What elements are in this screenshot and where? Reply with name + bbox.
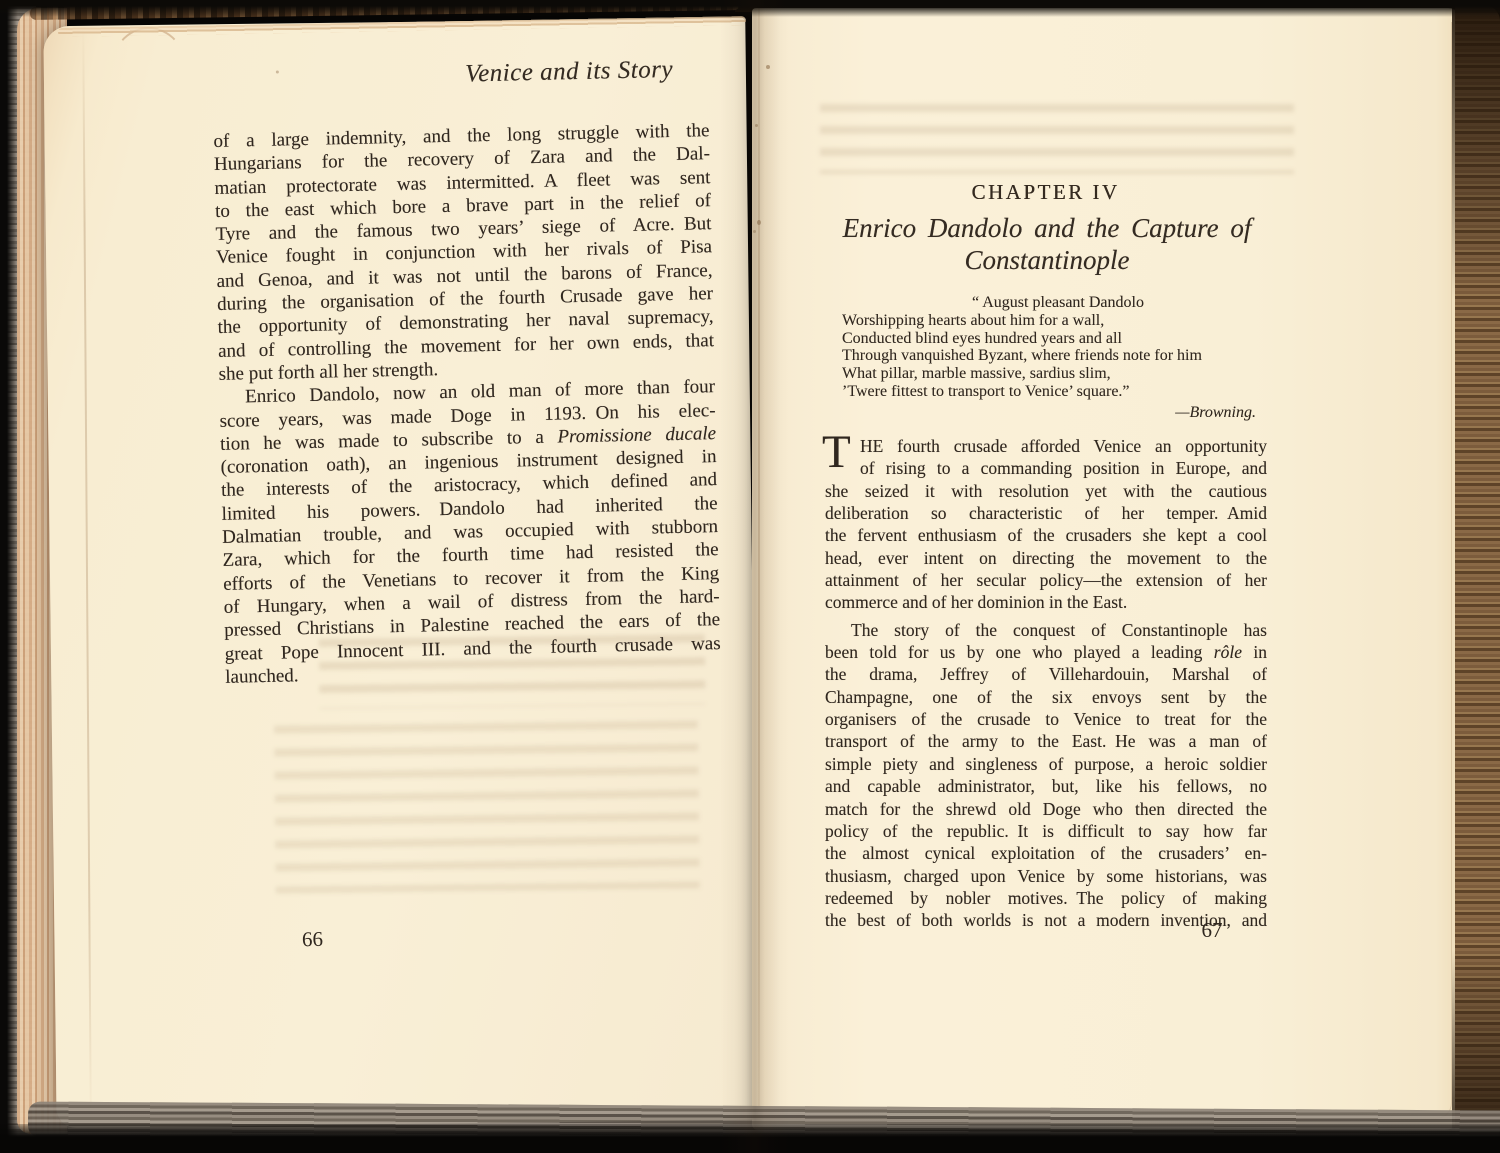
- italic-text-segment: Promissione ducale: [557, 423, 716, 447]
- text-line: the fervent enthusiasm of the crusaders …: [825, 524, 1267, 546]
- left-page-content: Venice and its Story of a large indemnit…: [38, 14, 764, 1131]
- right-page-content: CHAPTER IV Enrico Dandolo and the Captur…: [752, 8, 1464, 1130]
- text-line: commerce and of her dominion in the East…: [825, 591, 1267, 613]
- text-segment: in: [1242, 642, 1267, 662]
- text-line: policy of the republic. It is difficult …: [825, 820, 1267, 842]
- page-number-left: 66: [302, 927, 324, 952]
- text-line: deliberation so characteristic of her te…: [825, 502, 1267, 524]
- text-line: head, ever intent on directing the movem…: [825, 547, 1267, 569]
- text-line: she seized it with resolution yet with t…: [825, 480, 1267, 502]
- chapter-title-line1: Enrico Dandolo and the Capture of: [782, 213, 1312, 244]
- text-line: attainment of her secular policy—the ext…: [825, 569, 1267, 591]
- drop-cap: T: [822, 427, 851, 477]
- left-page: Venice and its Story of a large indemnit…: [43, 18, 758, 1128]
- text-line: thusiasm, charged upon Venice by some hi…: [825, 865, 1267, 887]
- right-page-body: THE fourth crusade afforded Venice an op…: [825, 435, 1267, 932]
- book-top-edge: [0, 0, 1500, 18]
- text-line: organisers of the crusade to Venice to t…: [825, 708, 1267, 730]
- text-segment: been told for us by one who played a lea…: [825, 642, 1214, 662]
- right-page: CHAPTER IV Enrico Dandolo and the Captur…: [752, 8, 1464, 1130]
- italic-text-segment: rôle: [1214, 642, 1242, 662]
- text-line: and capable administrator, but, like his…: [825, 775, 1267, 797]
- epigraph-line: ’Twere fittest to transport to Venice’ s…: [842, 383, 1276, 401]
- text-line: match for the shrewd old Doge who then d…: [825, 798, 1267, 820]
- epigraph-line: Worshipping hearts about him for a wall,: [842, 312, 1276, 330]
- chapter-heading: CHAPTER IV: [822, 180, 1269, 205]
- chapter-title-line2: Constantinople: [782, 245, 1312, 276]
- epigraph-line: “ August pleasant Dandolo: [842, 294, 1276, 312]
- text-line: simple piety and singleness of purpose, …: [825, 753, 1267, 775]
- book-bottom-edge: [0, 1124, 1500, 1153]
- fore-edge-shadow-top: [1452, 0, 1500, 300]
- text-line: The story of the conquest of Constantino…: [825, 619, 1267, 641]
- page-number-right: 67: [1190, 918, 1234, 943]
- text-line: THE fourth crusade afforded Venice an op…: [825, 435, 1267, 457]
- running-head: Venice and its Story: [379, 54, 760, 90]
- text-line: the drama, Jeffrey of Villehardouin, Mar…: [825, 663, 1267, 685]
- epigraph-line: Through vanquished Byzant, where friends…: [842, 347, 1276, 365]
- left-page-body: of a large indemnity, and the long strug…: [213, 119, 721, 689]
- book-scan: Venice and its Story of a large indemnit…: [0, 0, 1500, 1153]
- epigraph-line: Conducted blind eyes hundred years and a…: [842, 330, 1276, 348]
- text-line: been told for us by one who played a lea…: [825, 641, 1267, 663]
- text-segment: HE fourth crusade afforded Venice an opp…: [860, 436, 1267, 456]
- text-line: Champagne, one of the six envoys sent by…: [825, 686, 1267, 708]
- text-line: of rising to a commanding position in Eu…: [825, 457, 1267, 479]
- epigraph: “ August pleasant Dandolo Worshipping he…: [842, 294, 1276, 422]
- text-line: the almost cynical exploitation of the c…: [825, 842, 1267, 864]
- text-line: redeemed by nobler motives. The policy o…: [825, 887, 1267, 909]
- text-line: transport of the army to the East. He wa…: [825, 730, 1267, 752]
- epigraph-attribution: —Browning.: [842, 404, 1276, 422]
- epigraph-line: What pillar, marble massive, sardius sli…: [842, 365, 1276, 383]
